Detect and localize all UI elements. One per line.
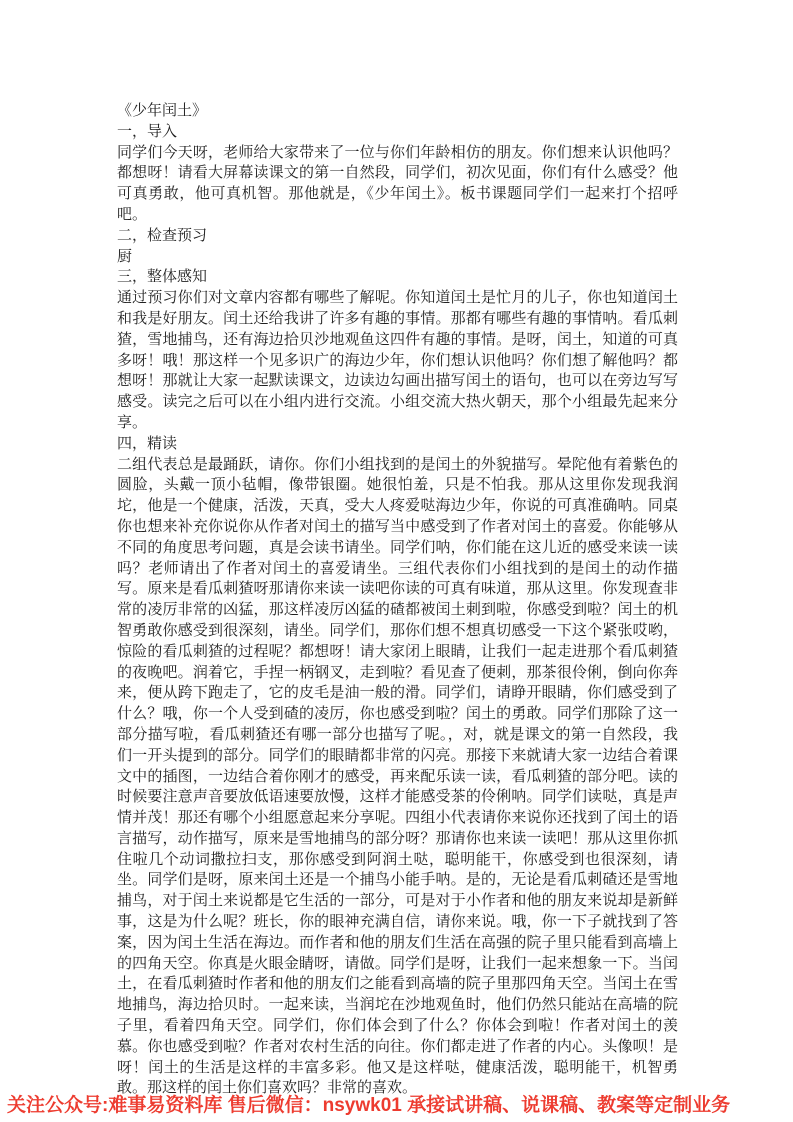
- section-heading-2: 二，检查预习: [117, 226, 678, 247]
- paragraph-intro: 同学们今天呀，老师给大家带来了一位与你们年龄相仿的朋友。你们想来认识他吗？都想呀…: [117, 143, 678, 226]
- paragraph-check: 厨: [117, 247, 678, 268]
- paragraph-detail: 二组代表总是最踊跃，请你。你们小组找到的是闰土的外貌描写。晕陀他有着紫色的圆脸，…: [117, 455, 678, 1100]
- section-heading-4: 四，精读: [117, 434, 678, 455]
- section-heading-3: 三，整体感知: [117, 267, 678, 288]
- section-heading-1: 一，导入: [117, 122, 678, 143]
- footer-promo-text: 关注公众号:难事易资料库 售后微信：nsywk01 承接试讲稿、说课稿、教案等定…: [7, 1094, 793, 1118]
- doc-title: 《少年闰土》: [117, 101, 678, 122]
- document-body: 《少年闰土》 一，导入 同学们今天呀，老师给大家带来了一位与你们年龄相仿的朋友。…: [117, 101, 678, 1099]
- document-page: 《少年闰土》 一，导入 同学们今天呀，老师给大家带来了一位与你们年龄相仿的朋友。…: [0, 0, 793, 1122]
- paragraph-overview: 通过预习你们对文章内容都有哪些了解呢。你知道闰土是忙月的儿子，你也知道闰土和我是…: [117, 288, 678, 434]
